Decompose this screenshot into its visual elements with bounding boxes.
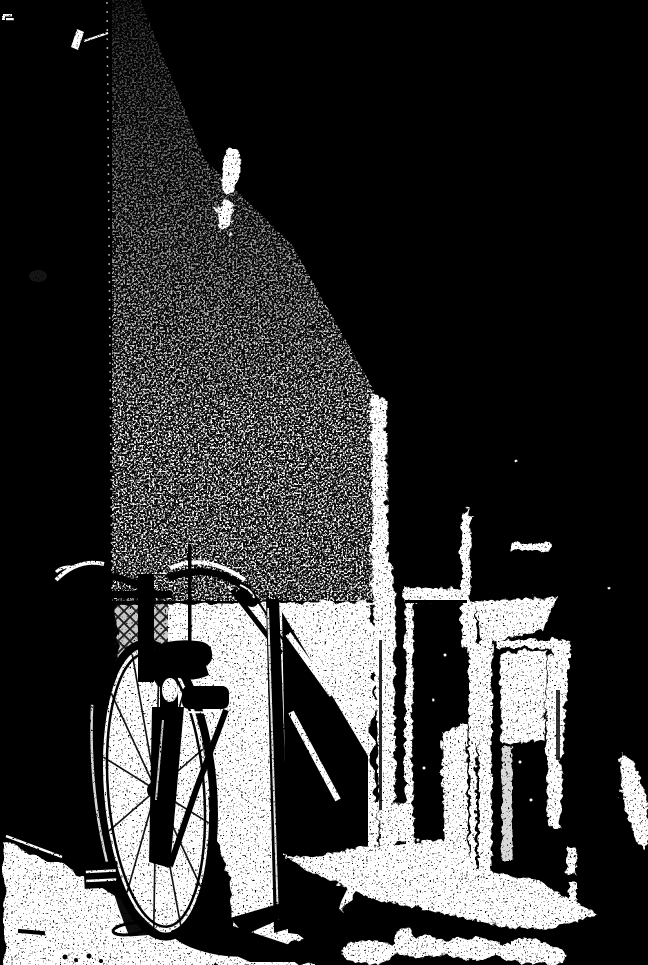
- film-grain-overlay: [0, 0, 648, 965]
- photo-stage: [0, 0, 648, 965]
- photo-canvas: [0, 0, 648, 965]
- photograph: [0, 0, 648, 965]
